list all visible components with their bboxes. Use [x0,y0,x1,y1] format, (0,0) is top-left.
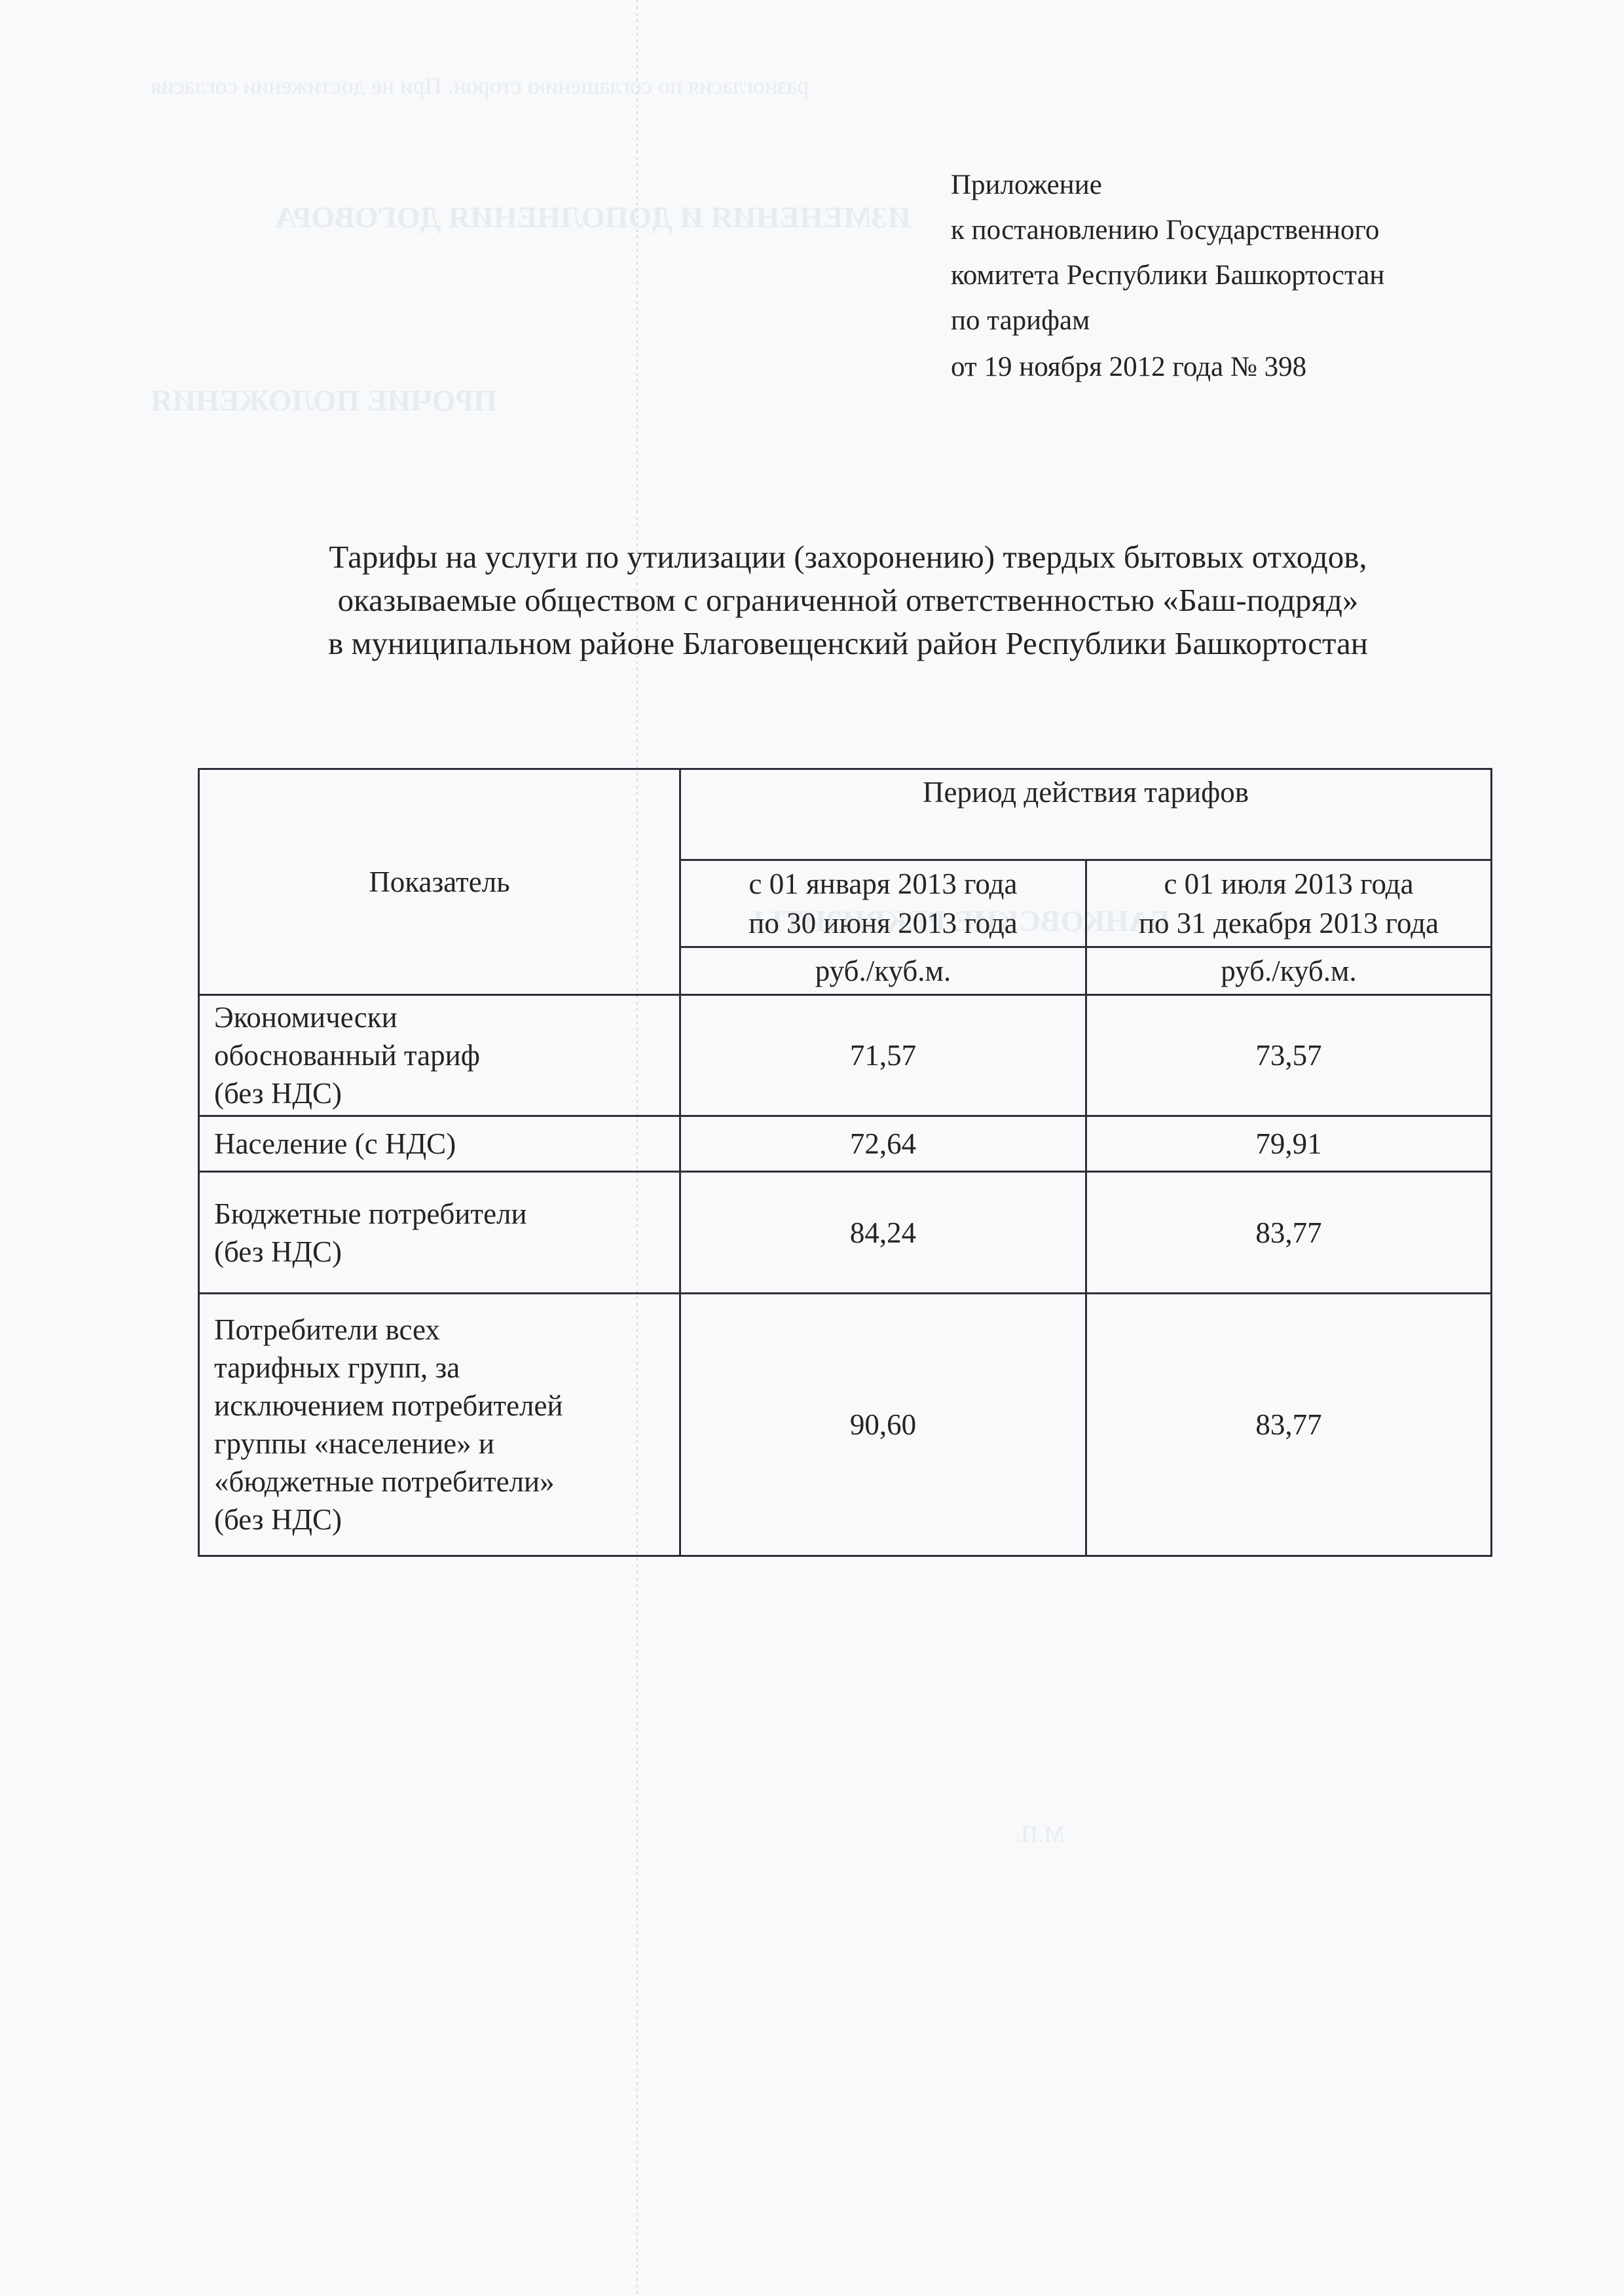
value-cell: 71,57 [680,995,1086,1116]
value-cell: 73,57 [1086,995,1492,1116]
period-2-from: с 01 июля 2013 года [1090,864,1488,903]
label-line: (без НДС) [214,1074,669,1112]
unit-period-1: руб./куб.м. [680,947,1086,995]
appendix-line: комитета Республики Башкортостан [951,253,1540,298]
label-line: группы «население» и [214,1425,669,1463]
label-line: Бюджетные потребители [214,1195,669,1233]
table-row: Потребители всех тарифных групп, за искл… [199,1294,1492,1556]
bleed-through-text: ПРОЧИЕ ПОЛОЖЕНИЯ [151,383,497,418]
label-line: обоснованный тариф [214,1036,669,1074]
value-cell: 79,91 [1086,1116,1492,1172]
bleed-through-text: М.П. [1015,1820,1065,1848]
label-line: (без НДС) [214,1233,669,1271]
appendix-reference: Приложение к постановлению Государственн… [951,162,1540,390]
value-cell: 83,77 [1086,1294,1492,1556]
title-line: оказываемые обществом с ограниченной отв… [196,579,1500,622]
header-period-1: с 01 января 2013 года по 30 июня 2013 го… [680,860,1086,947]
appendix-date-line: от 19 ноября 2012 года № 398 [951,344,1540,390]
row-label-economic-tariff: Экономически обоснованный тариф (без НДС… [199,995,680,1116]
label-line: Экономически [214,998,669,1036]
table-header-row: Показатель Период действия тарифов [199,769,1492,860]
table-row: Экономически обоснованный тариф (без НДС… [199,995,1492,1116]
appendix-line: Приложение [951,162,1540,208]
label-line: «бюджетные потребители» [214,1463,669,1501]
label-line: (без НДС) [214,1501,669,1539]
label-line: исключением потребителей [214,1387,669,1425]
header-period: Период действия тарифов [680,769,1492,860]
value-cell: 72,64 [680,1116,1086,1172]
appendix-line: по тарифам [951,298,1540,343]
title-line: Тарифы на услуги по утилизации (захороне… [196,536,1500,579]
tariff-table: Показатель Период действия тарифов с 01 … [198,768,1492,1557]
appendix-line: к постановлению Государственного [951,208,1540,253]
title-line: в муниципальном районе Благовещенский ра… [196,622,1500,665]
value-cell: 83,77 [1086,1172,1492,1294]
label-line: Потребители всех [214,1311,669,1349]
value-cell: 84,24 [680,1172,1086,1294]
value-cell: 90,60 [680,1294,1086,1556]
unit-period-2: руб./куб.м. [1086,947,1492,995]
row-label-population: Население (с НДС) [199,1116,680,1172]
header-period-2: с 01 июля 2013 года по 31 декабря 2013 г… [1086,860,1492,947]
label-line: тарифных групп, за [214,1349,669,1387]
table-row: Бюджетные потребители (без НДС) 84,24 83… [199,1172,1492,1294]
period-1-from: с 01 января 2013 года [684,864,1082,903]
period-1-to: по 30 июня 2013 года [684,903,1082,943]
row-label-other-consumers: Потребители всех тарифных групп, за искл… [199,1294,680,1556]
bleed-through-text: разногласия по соглашению сторон. При не… [151,72,809,100]
row-label-budget-consumers: Бюджетные потребители (без НДС) [199,1172,680,1294]
table-row: Население (с НДС) 72,64 79,91 [199,1116,1492,1172]
header-indicator: Показатель [199,769,680,995]
bleed-through-text: ИЗМЕНЕНИЯ И ДОПОЛНЕНИЯ ДОГОВОРА [275,200,911,234]
document-title: Тарифы на услуги по утилизации (захороне… [196,536,1500,665]
period-2-to: по 31 декабря 2013 года [1090,903,1488,943]
label-line: Население (с НДС) [214,1125,669,1163]
